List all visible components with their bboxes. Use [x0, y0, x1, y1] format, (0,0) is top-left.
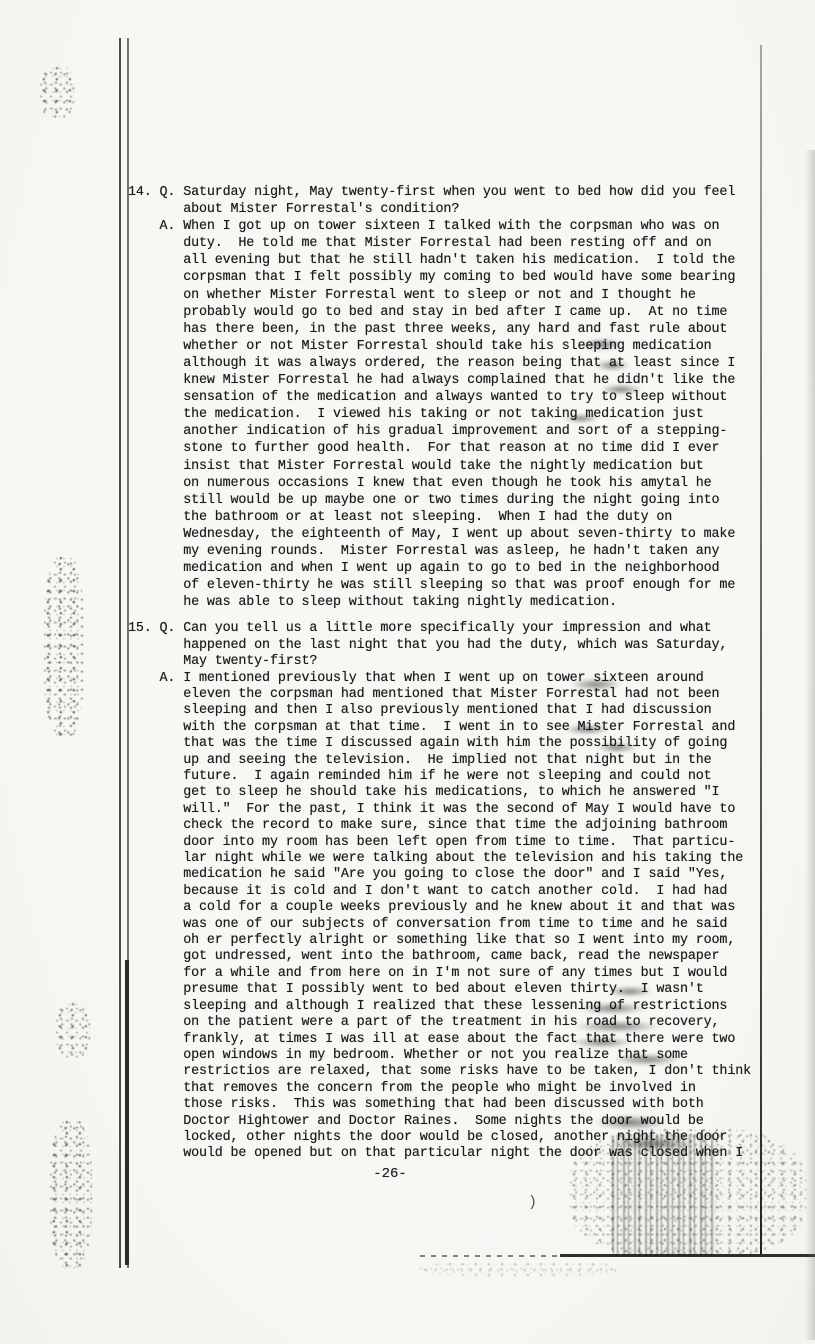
- ink-smudge: [560, 676, 632, 693]
- ink-smudge: [556, 1018, 678, 1035]
- qa-item-15: 15. Q. Can you tell us a little more spe…: [128, 621, 788, 1162]
- noise-blob-left-lower: [56, 1002, 90, 1058]
- testimony-text-column: 14. Q. Saturday night, May twenty-first …: [128, 184, 788, 1163]
- page-number: -26-: [345, 1166, 435, 1182]
- noise-streak-left-bottom: [50, 1120, 92, 1268]
- ink-smudge: [592, 1134, 714, 1153]
- ink-smudge: [556, 722, 618, 737]
- scanned-page: 14. Q. Saturday night, May twenty-first …: [0, 0, 815, 1344]
- noise-blob-top-left: [40, 66, 74, 118]
- stray-paren-mark: ): [528, 1194, 537, 1211]
- ink-smudge: [556, 412, 606, 425]
- scan-edge-shadow: [805, 150, 815, 1340]
- ink-smudge: [573, 336, 631, 353]
- ink-smudge: [588, 358, 636, 373]
- ink-smudge: [598, 984, 662, 999]
- bottom-rule-dashed-segment: [420, 1255, 562, 1257]
- noise-streak-left-mid: [44, 556, 84, 738]
- ink-smudge: [592, 382, 650, 397]
- ink-smudge: [560, 1035, 644, 1050]
- qa-item-14: 14. Q. Saturday night, May twenty-first …: [128, 184, 788, 611]
- ink-smudge: [580, 1112, 682, 1133]
- ink-smudge: [588, 740, 646, 755]
- ink-smudge: [600, 1051, 694, 1068]
- noise-under-page-bottom: [420, 1262, 620, 1276]
- ink-smudge: [566, 1000, 660, 1017]
